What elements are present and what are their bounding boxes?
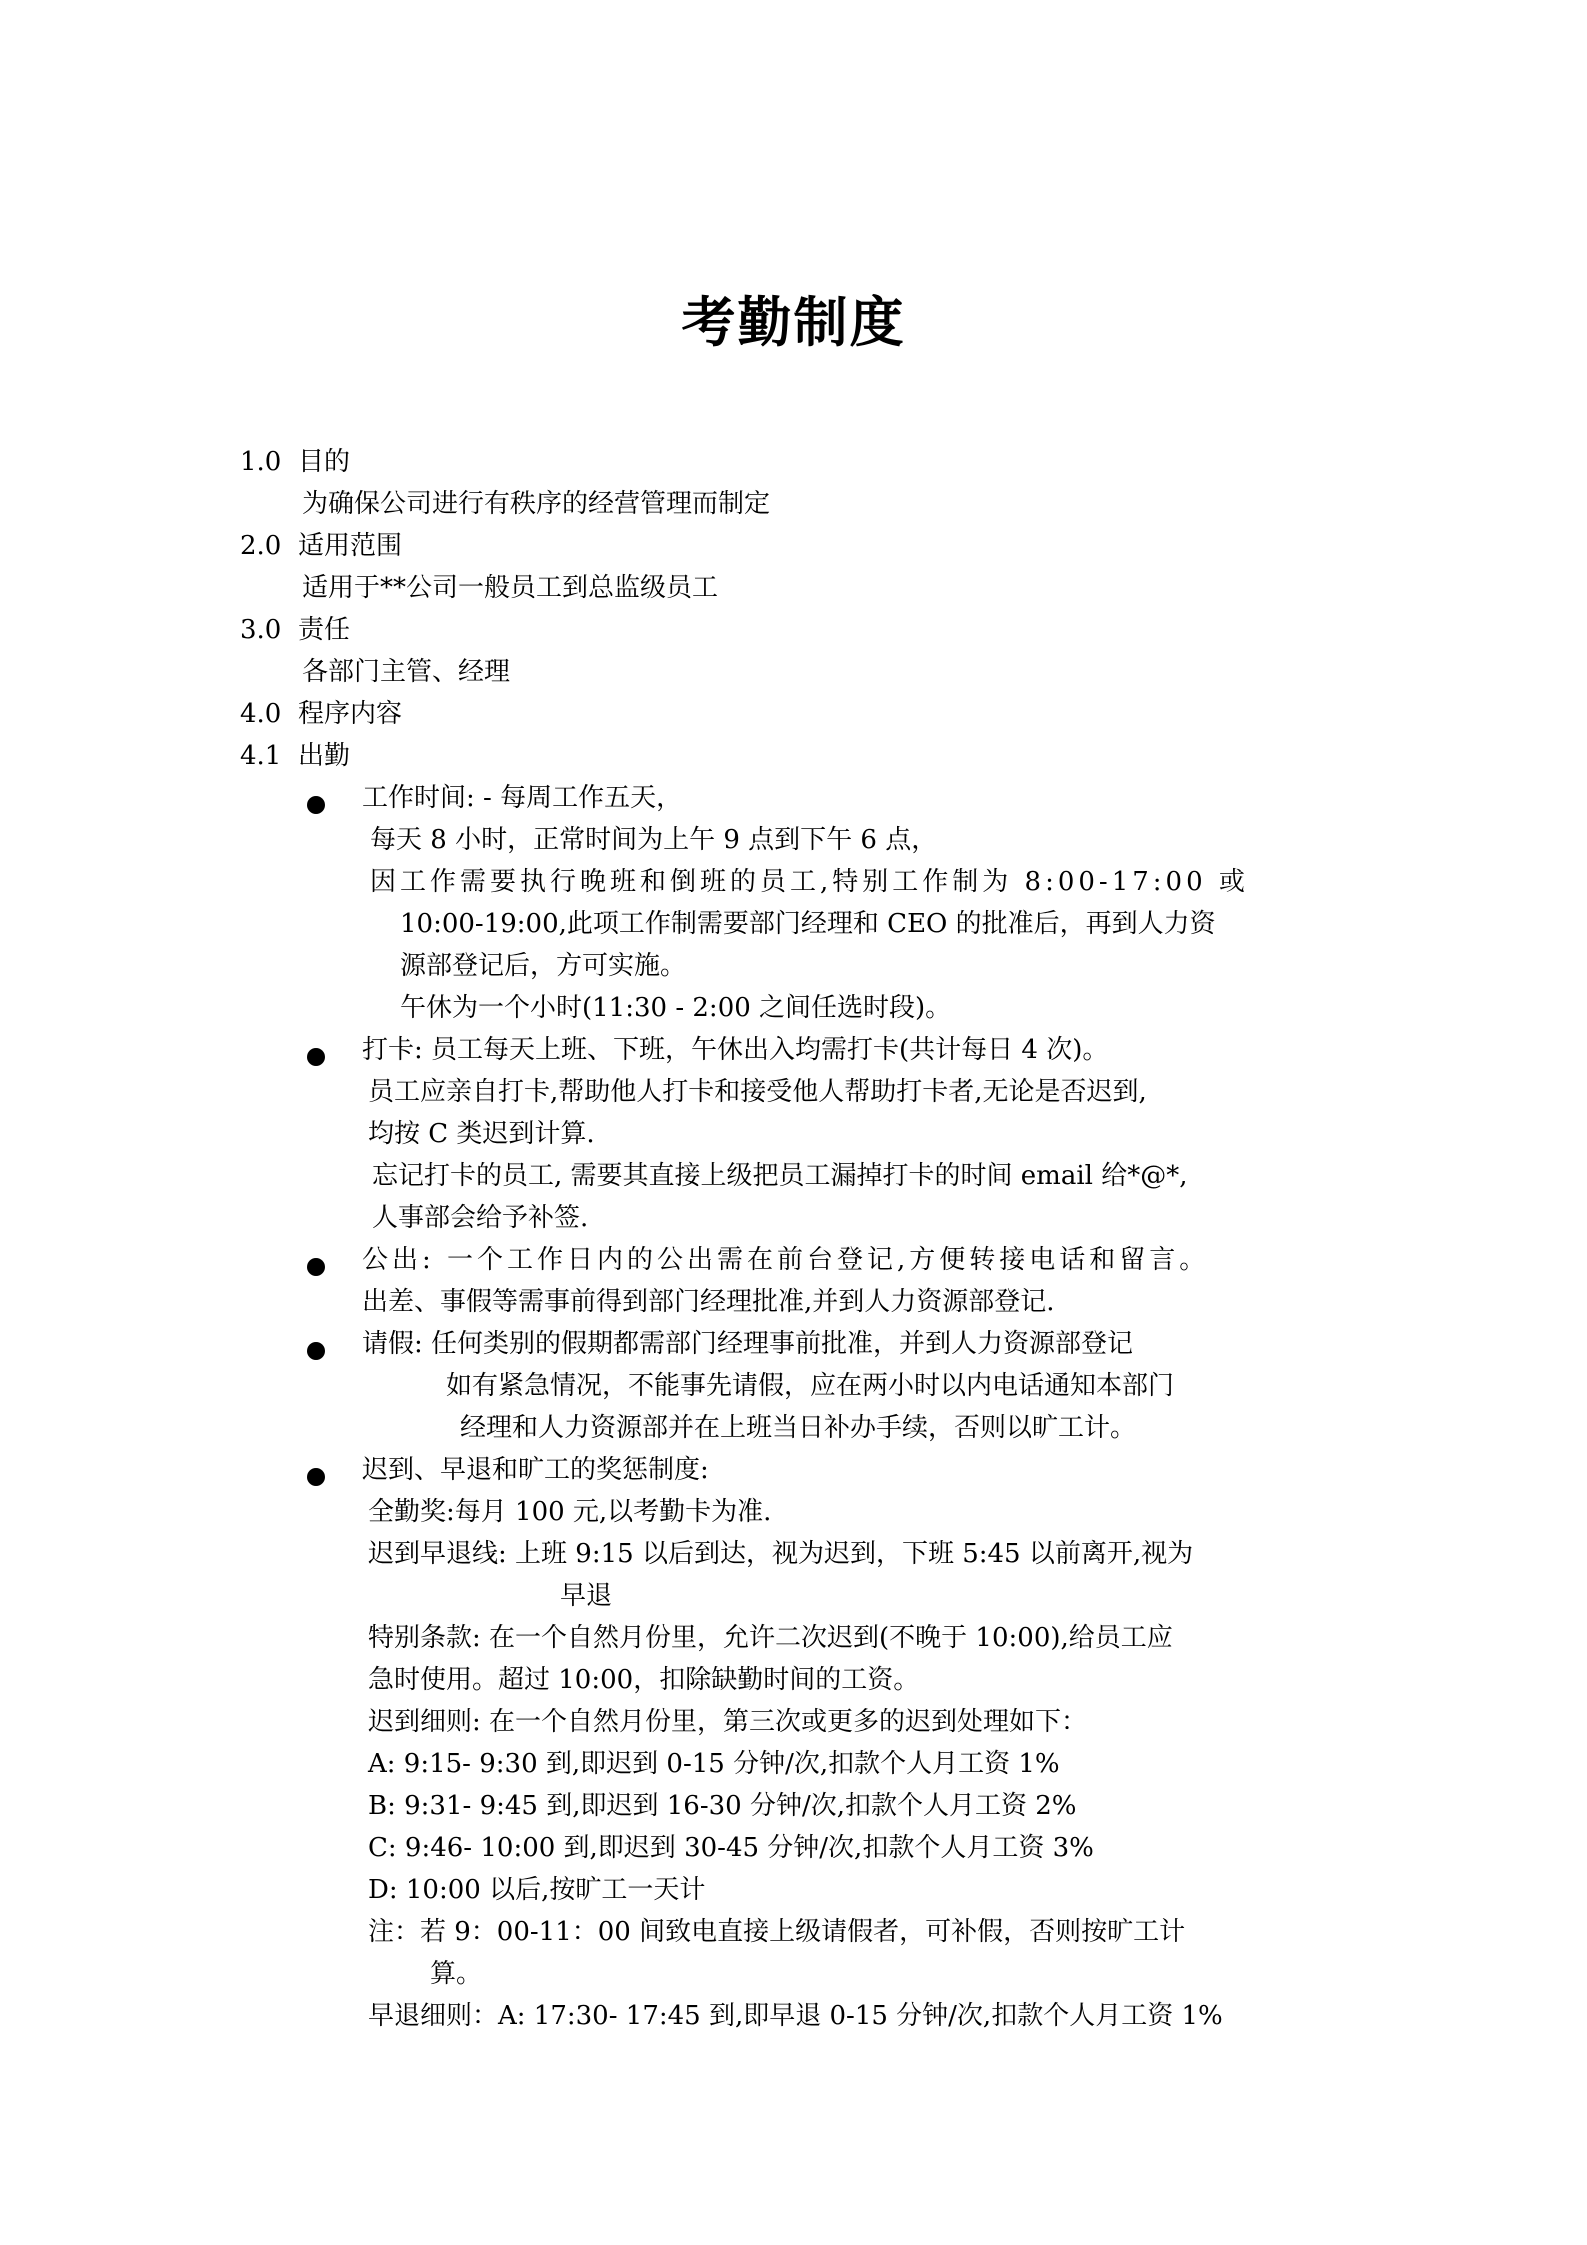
leave-line-3: 经理和人力资源部并在上班当日补办手续，否则以旷工计。 xyxy=(460,1412,1136,1444)
section-heading-2: 2.0适用范围 xyxy=(240,530,402,562)
section-heading-4: 4.0程序内容 xyxy=(240,698,402,730)
discipline-line-6: 急时使用。超过 10:00，扣除缺勤时间的工资。 xyxy=(368,1664,919,1696)
bullet-icon xyxy=(307,1258,325,1276)
punch-line-5: 人事部会给予补签. xyxy=(372,1202,588,1234)
punch-line-2: 员工应亲自打卡,帮助他人打卡和接受他人帮助打卡者,无论是否迟到, xyxy=(368,1076,1147,1108)
discipline-line-4: 早退 xyxy=(560,1580,612,1612)
late-rule-b: B: 9:31- 9:45 到,即迟到 16-30 分钟/次,扣款个人月工资 2… xyxy=(368,1790,1077,1822)
work-time-line-5: 源部登记后，方可实施。 xyxy=(400,950,686,982)
section-heading-3: 3.0责任 xyxy=(240,614,350,646)
section-body-3: 各部门主管、经理 xyxy=(302,656,510,688)
leave-line-1: 请假: 任何类别的假期都需部门经理事前批准，并到人力资源部登记 xyxy=(362,1328,1133,1360)
discipline-line-7: 迟到细则: 在一个自然月份里，第三次或更多的迟到处理如下： xyxy=(368,1706,1087,1738)
work-time-line-4: 10:00-19:00,此项工作制需要部门经理和 CEO 的批准后，再到人力资 xyxy=(400,908,1216,940)
section-body-2: 适用于**公司一般员工到总监级员工 xyxy=(302,572,718,604)
bullet-icon xyxy=(307,1468,325,1486)
discipline-line-3: 迟到早退线: 上班 9:15 以后到达，视为迟到，下班 5:45 以前离开,视为 xyxy=(368,1538,1193,1570)
leave-line-2: 如有紧急情况，不能事先请假，应在两小时以内电话通知本部门 xyxy=(446,1370,1174,1402)
note-line-2: 算。 xyxy=(430,1958,482,1990)
out-line-2: 出差、事假等需事前得到部门经理批准,并到人力资源部登记. xyxy=(362,1286,1055,1318)
late-rule-d: D: 10:00 以后,按旷工一天计 xyxy=(368,1874,705,1906)
section-heading-4-1: 4.1出勤 xyxy=(240,740,350,772)
discipline-line-2: 全勤奖:每月 100 元,以考勤卡为准. xyxy=(368,1496,771,1528)
section-heading-1: 1.0目的 xyxy=(240,446,350,478)
late-rule-c: C: 9:46- 10:00 到,即迟到 30-45 分钟/次,扣款个人月工资 … xyxy=(368,1832,1094,1864)
discipline-line-5: 特别条款: 在一个自然月份里，允许二次迟到(不晚于 10:00),给员工应 xyxy=(368,1622,1173,1654)
late-rule-a: A: 9:15- 9:30 到,即迟到 0-15 分钟/次,扣款个人月工资 1% xyxy=(368,1748,1060,1780)
work-time-line-2: 每天 8 小时，正常时间为上午 9 点到下午 6 点， xyxy=(370,824,937,856)
bullet-icon xyxy=(307,796,325,814)
section-body-1: 为确保公司进行有秩序的经营管理而制定 xyxy=(302,488,770,520)
punch-line-3: 均按 C 类迟到计算. xyxy=(368,1118,595,1150)
bullet-icon xyxy=(307,1048,325,1066)
work-time-line-6: 午休为一个小时(11:30 - 2:00 之间任选时段)。 xyxy=(400,992,951,1024)
punch-line-4: 忘记打卡的员工, 需要其直接上级把员工漏掉打卡的时间 email 给*@*, xyxy=(372,1160,1188,1192)
work-time-line-1: 工作时间: - 每周工作五天， xyxy=(362,782,682,814)
document-title: 考勤制度 xyxy=(0,280,1587,357)
work-time-line-3: 因工作需要执行晚班和倒班的员工,特别工作制为 8:00-17:00 或 xyxy=(370,866,1249,898)
bullet-icon xyxy=(307,1342,325,1360)
discipline-line-1: 迟到、早退和旷工的奖惩制度: xyxy=(362,1454,709,1486)
out-line-1: 公出: 一个工作日内的公出需在前台登记,方便转接电话和留言。 xyxy=(362,1244,1209,1276)
note-line-1: 注：若 9：00-11：00 间致电直接上级请假者，可补假，否则按旷工计 xyxy=(368,1916,1185,1948)
early-leave-rule-a: 早退细则：A: 17:30- 17:45 到,即早退 0-15 分钟/次,扣款个… xyxy=(368,2000,1223,2032)
punch-line-1: 打卡: 员工每天上班、下班，午休出入均需打卡(共计每日 4 次)。 xyxy=(362,1034,1108,1066)
